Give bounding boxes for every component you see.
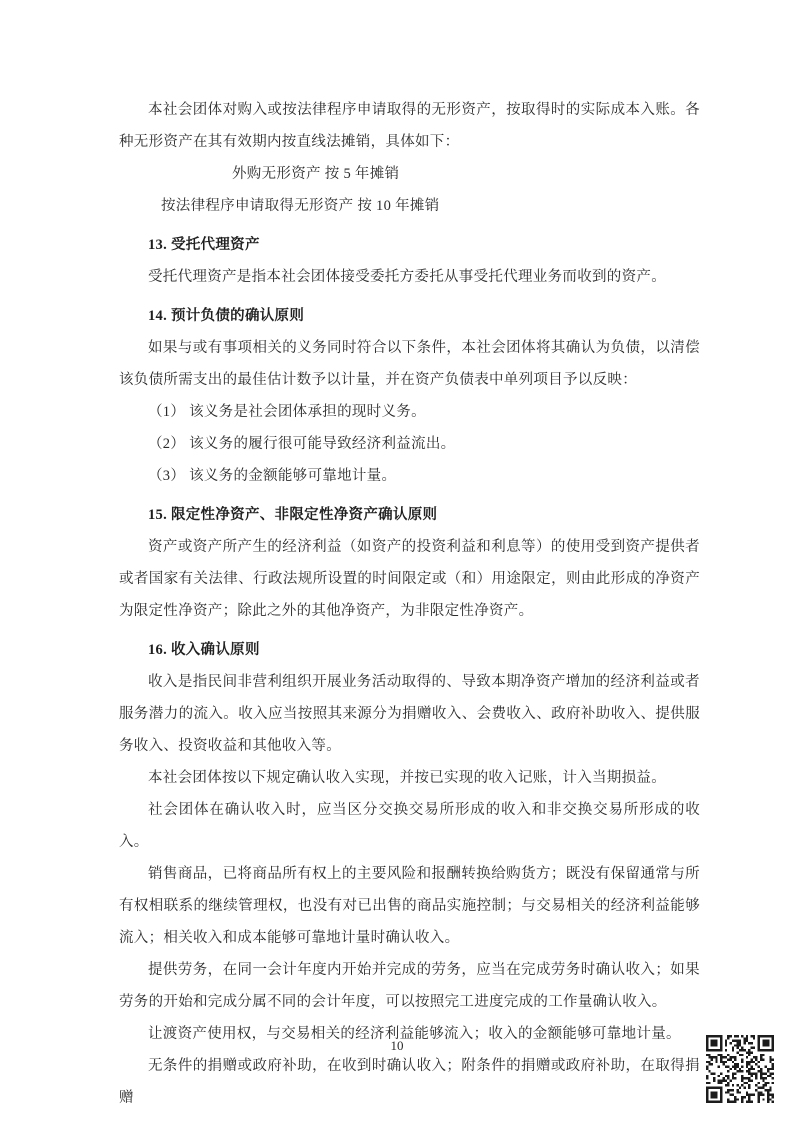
section-heading-14: 14. 预计负债的确认原则 (119, 300, 700, 332)
section-heading-15: 15. 限定性净资产、非限定性净资产确认原则 (119, 499, 700, 531)
paragraph-section-14: 如果与或有事项相关的义务同时符合以下条件，本社会团体将其确认为负债，以清偿该负债… (119, 332, 700, 396)
document-page: 本社会团体对购入或按法律程序申请取得的无形资产，按取得时的实际成本入账。各种无形… (0, 0, 794, 1123)
paragraph-services: 提供劳务，在同一会计年度内开始并完成的劳务，应当在完成劳务时确认收入；如果劳务的… (119, 954, 700, 1018)
qr-code-icon (706, 1035, 774, 1103)
paragraph-income-recognition: 本社会团体按以下规定确认收入实现，并按已实现的收入记账，计入当期损益。 (119, 762, 700, 794)
list-item-condition-1: （1） 该义务是社会团体承担的现时义务。 (119, 396, 700, 428)
paragraph-donations: 无条件的捐赠或政府补助，在收到时确认收入；附条件的捐赠或政府补助，在取得捐赠 (119, 1050, 700, 1114)
amortization-line-purchased: 外购无形资产 按 5 年摊销 (119, 158, 700, 190)
page-number: 10 (0, 1036, 794, 1056)
list-item-condition-2: （2） 该义务的履行很可能导致经济利益流出。 (119, 428, 700, 460)
list-item-condition-3: （3） 该义务的金额能够可靠地计量。 (119, 460, 700, 492)
paragraph-exchange-distinction: 社会团体在确认收入时，应当区分交换交易所形成的收入和非交换交易所形成的收入。 (119, 794, 700, 858)
section-heading-13: 13. 受托代理资产 (119, 229, 700, 261)
amortization-line-legal: 按法律程序申请取得无形资产 按 10 年摊销 (119, 190, 700, 222)
paragraph-goods-sales: 销售商品，已将商品所有权上的主要风险和报酬转换给购货方；既没有保留通常与所有权相… (119, 858, 700, 954)
paragraph-intangible-assets: 本社会团体对购入或按法律程序申请取得的无形资产，按取得时的实际成本入账。各种无形… (119, 94, 700, 158)
paragraph-section-15: 资产或资产所产生的经济利益（如资产的投资利益和利息等）的使用受到资产提供者或者国… (119, 531, 700, 627)
paragraph-income-definition: 收入是指民间非营利组织开展业务活动取得的、导致本期净资产增加的经济利益或者服务潜… (119, 666, 700, 762)
paragraph-section-13: 受托代理资产是指本社会团体接受委托方委托从事受托代理业务而收到的资产。 (119, 261, 700, 293)
section-heading-16: 16. 收入确认原则 (119, 634, 700, 666)
